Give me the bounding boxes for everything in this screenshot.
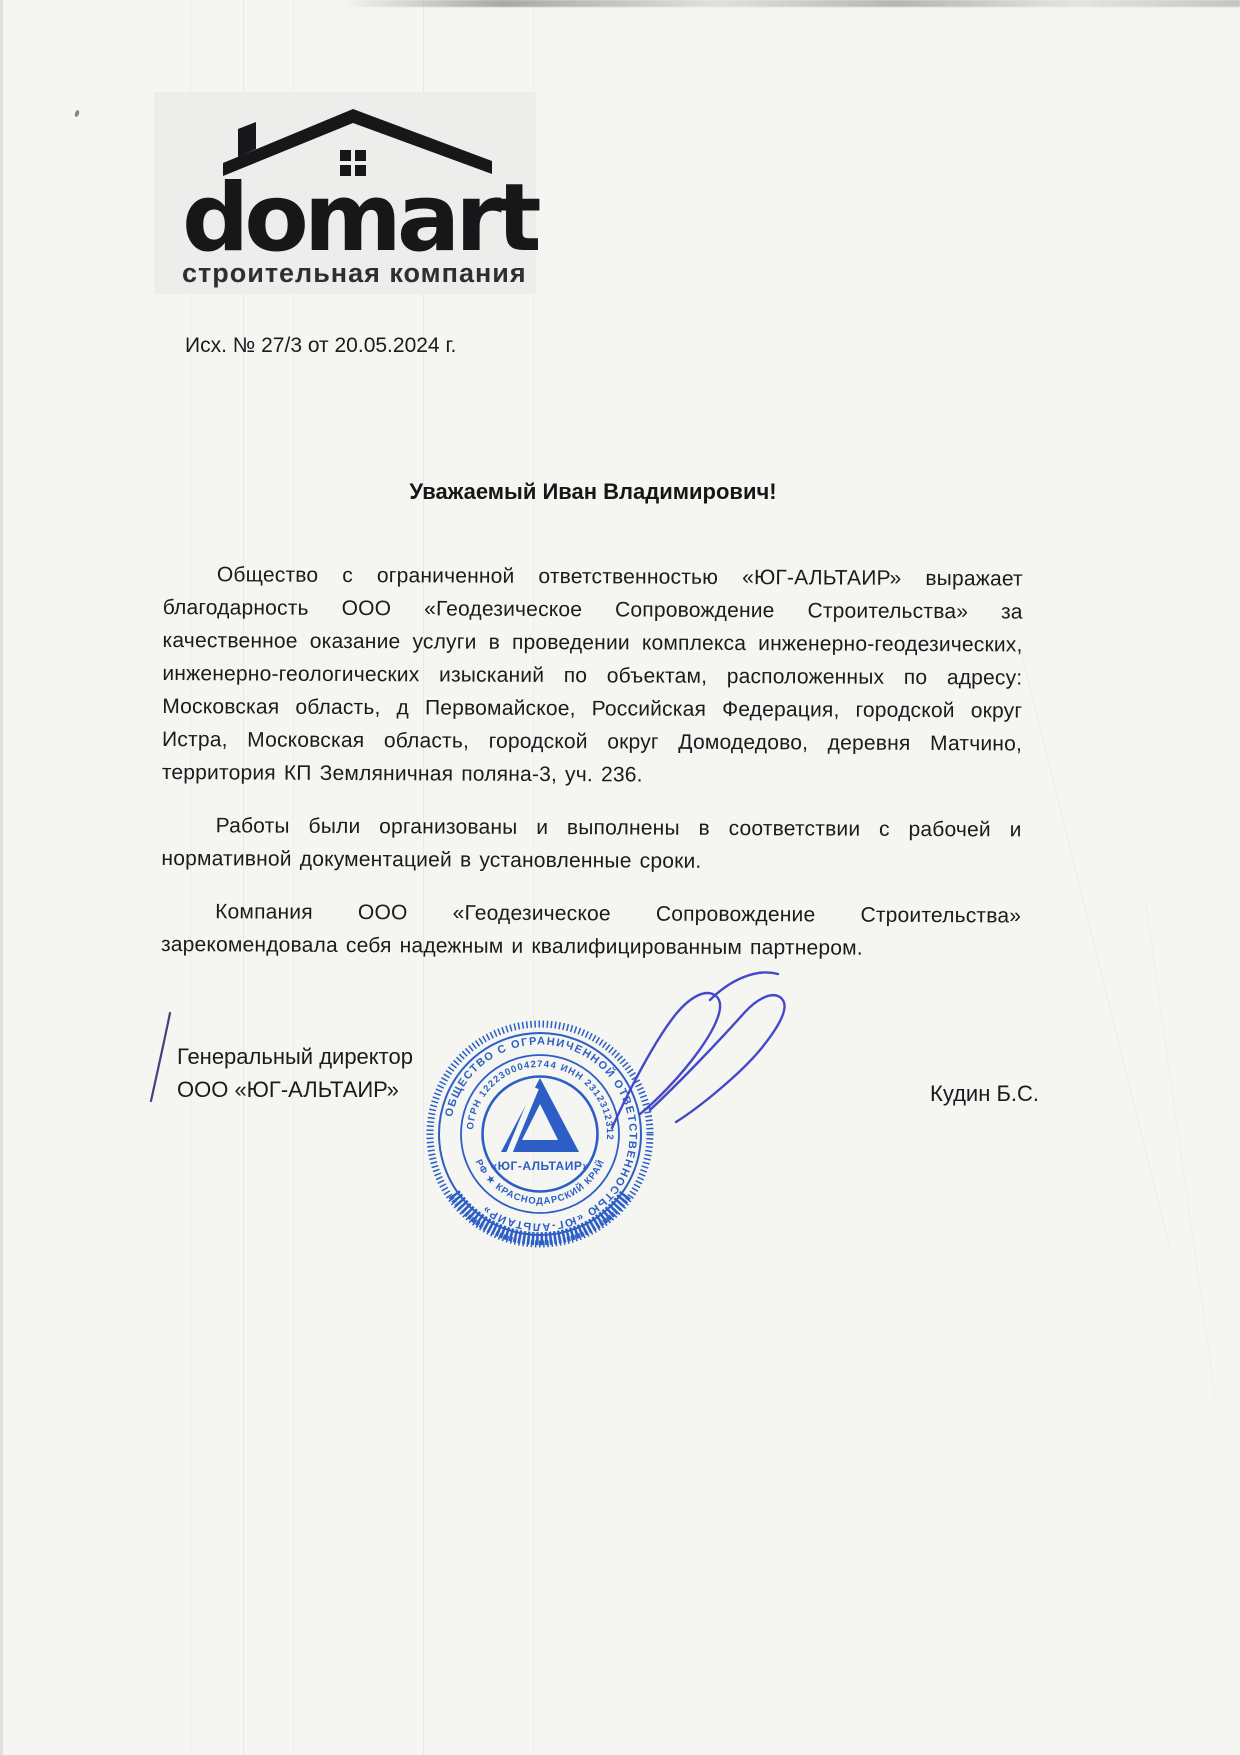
scanner-edge-smudge [340,0,1240,7]
logo-wordmark: domart [182,172,532,266]
signer-role: Генеральный директор ООО «ЮГ-АЛЬТАИР» [177,1040,413,1106]
paragraph-gratitude: Общество с ограниченной ответственностью… [162,558,1023,793]
greeting-line: Уважаемый Иван Владимирович! [163,479,1023,505]
paper-crease [1145,902,1216,1397]
signer-role-line1: Генеральный директор [177,1040,413,1073]
handwritten-signature [560,960,830,1155]
logo-tagline: строительная компания [182,258,527,289]
paragraph-recommendation: Компания ООО «Геодезическое Сопровождени… [161,895,1021,966]
signer-role-line2: ООО «ЮГ-АЛЬТАИР» [177,1073,413,1106]
paper-crease [1020,649,1171,1251]
ink-speck [74,110,80,118]
stamp-center-name: «ЮГ-АЛЬТАИР» [490,1159,589,1173]
company-logo: domart строительная компания [180,96,536,296]
paper-left-edge-shadow [0,0,3,1755]
signee-name: Кудин Б.С. [930,1081,1039,1107]
outgoing-reference-line: Исх. № 27/3 от 20.05.2024 г. [185,334,456,358]
paragraph-works: Работы были организованы и выполнены в с… [161,809,1021,880]
scanned-letter-page: domart строительная компания Исх. № 27/3… [0,0,1240,1755]
letter-body: Общество с ограниченной ответственностью… [161,558,1023,985]
pen-slash-mark [138,1003,190,1111]
